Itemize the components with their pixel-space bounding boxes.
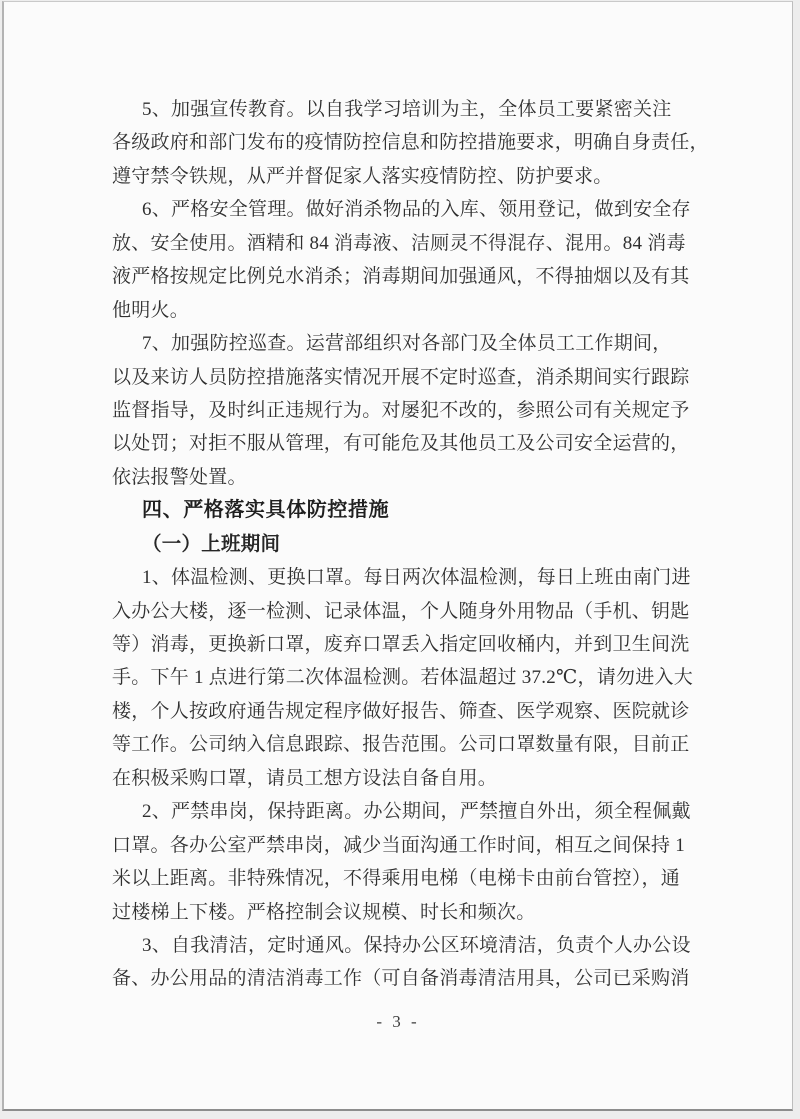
paragraph: 2、严禁串岗，保持距离。办公期间，严禁擅自外出，须全程佩戴口罩。各办公室严禁串岗… — [112, 795, 692, 929]
text-line: 液严格按规定比例兑水消杀；消毒期间加强通风，不得抽烟以及有其 — [112, 260, 692, 293]
paragraph: 5、加强宣传教育。以自我学习培训为主，全体员工要紧密关注各级政府和部门发布的疫情… — [112, 93, 692, 193]
text-line: 监督指导，及时纠正违规行为。对屡犯不改的，参照公司有关规定予 — [112, 394, 692, 427]
text-line: （一）上班期间 — [112, 528, 692, 561]
text-line: 以及来访人员防控措施落实情况开展不定时巡查，消杀期间实行跟踪 — [112, 361, 692, 394]
document-page: 5、加强宣传教育。以自我学习培训为主，全体员工要紧密关注各级政府和部门发布的疫情… — [2, 1, 793, 1111]
text-line: 依法报警处置。 — [112, 461, 692, 494]
text-line: 过楼梯上下楼。严格控制会议规模、时长和频次。 — [112, 896, 692, 929]
text-line: 6、严格安全管理。做好消杀物品的入库、领用登记，做到安全存 — [112, 193, 692, 226]
page-number: - 3 - — [4, 1012, 792, 1032]
text-line: 放、安全使用。酒精和 84 消毒液、洁厕灵不得混存、混用。84 消毒 — [112, 227, 692, 260]
text-line: 遵守禁令铁规，从严并督促家人落实疫情防控、防护要求。 — [112, 160, 692, 193]
text-line: 各级政府和部门发布的疫情防控信息和防控措施要求，明确自身责任， — [112, 126, 692, 159]
section-subheading: （一）上班期间 — [112, 528, 692, 561]
text-line: 3、自我清洁，定时通风。保持办公区环境清洁，负责个人办公设 — [112, 929, 692, 962]
text-line: 2、严禁串岗，保持距离。办公期间，严禁擅自外出，须全程佩戴 — [112, 795, 692, 828]
text-line: 入办公大楼，逐一检测、记录体温，个人随身外用物品（手机、钥匙 — [112, 595, 692, 628]
section-heading: 四、严格落实具体防控措施 — [112, 494, 692, 527]
text-line: 米以上距离。非特殊情况，不得乘用电梯（电梯卡由前台管控），通 — [112, 862, 692, 895]
paragraph: 3、自我清洁，定时通风。保持办公区环境清洁，负责个人办公设备、办公用品的清洁消毒… — [112, 929, 692, 996]
paragraph: 7、加强防控巡查。运营部组织对各部门及全体员工工作期间，以及来访人员防控措施落实… — [112, 327, 692, 494]
text-line: 等工作。公司纳入信息跟踪、报告范围。公司口罩数量有限，目前正 — [112, 728, 692, 761]
text-line: 5、加强宣传教育。以自我学习培训为主，全体员工要紧密关注 — [112, 93, 692, 126]
paragraph: 6、严格安全管理。做好消杀物品的入库、领用登记，做到安全存放、安全使用。酒精和 … — [112, 193, 692, 327]
text-line: 7、加强防控巡查。运营部组织对各部门及全体员工工作期间， — [112, 327, 692, 360]
text-line: 楼，个人按政府通告规定程序做好报告、筛查、医学观察、医院就诊 — [112, 695, 692, 728]
text-line: 在积极采购口罩，请员工想方设法自备自用。 — [112, 762, 692, 795]
text-line: 他明火。 — [112, 294, 692, 327]
text-line: 1、体温检测、更换口罩。每日两次体温检测，每日上班由南门进 — [112, 561, 692, 594]
scan-background: 5、加强宣传教育。以自我学习培训为主，全体员工要紧密关注各级政府和部门发布的疫情… — [0, 0, 800, 1119]
text-line: 手。下午 1 点进行第二次体温检测。若体温超过 37.2℃，请勿进入大 — [112, 661, 692, 694]
text-line: 以处罚；对拒不服从管理，有可能危及其他员工及公司安全运营的， — [112, 427, 692, 460]
document-body: 5、加强宣传教育。以自我学习培训为主，全体员工要紧密关注各级政府和部门发布的疫情… — [112, 93, 692, 996]
text-line: 口罩。各办公室严禁串岗，减少当面沟通工作时间，相互之间保持 1 — [112, 829, 692, 862]
text-line: 备、办公用品的清洁消毒工作（可自备消毒清洁用具，公司已采购消 — [112, 962, 692, 995]
text-line: 等）消毒，更换新口罩，废弃口罩丢入指定回收桶内，并到卫生间洗 — [112, 628, 692, 661]
text-line: 四、严格落实具体防控措施 — [112, 494, 692, 527]
paragraph: 1、体温检测、更换口罩。每日两次体温检测，每日上班由南门进入办公大楼，逐一检测、… — [112, 561, 692, 795]
